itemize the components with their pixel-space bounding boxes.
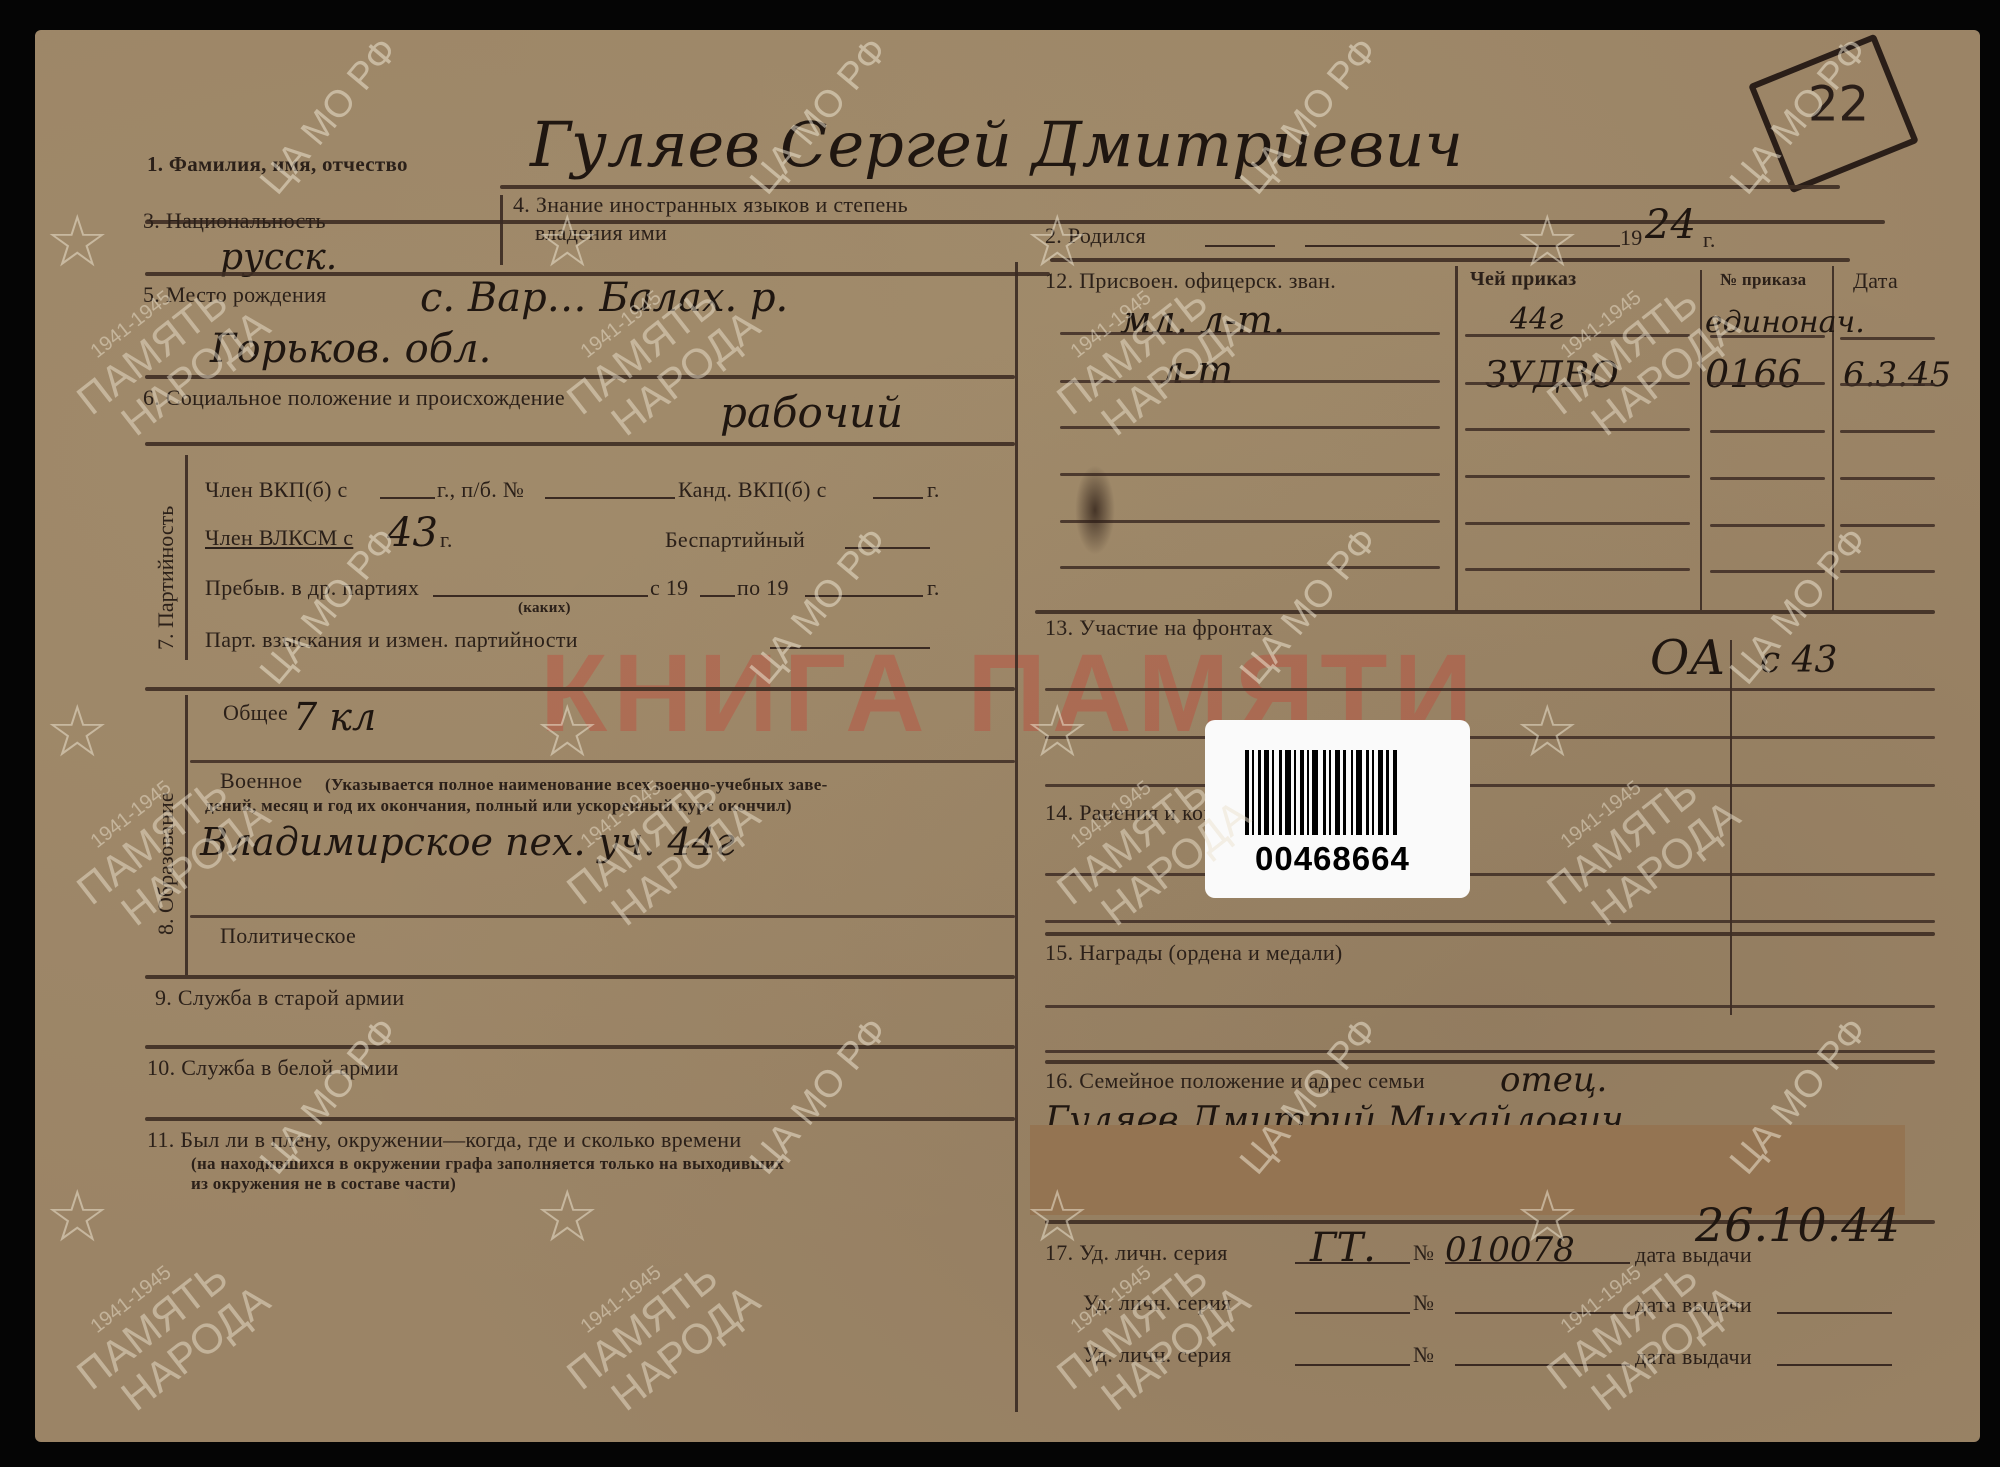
star-icon: ☆ xyxy=(1025,205,1090,277)
watermark-tsamo: ЦА МО РФ xyxy=(742,1010,897,1183)
field-7-row1-b: г., п/б. № xyxy=(437,477,524,503)
field-11-label: 11. Был ли в плену, окружении—когда, где… xyxy=(147,1127,741,1153)
table-col-divider xyxy=(1455,266,1458,611)
row-line xyxy=(1045,1050,1935,1053)
table-row-line xyxy=(1840,337,1935,340)
field-3-label: 3. Национальность xyxy=(143,208,326,234)
fill-line xyxy=(545,497,675,499)
field-15-label: 15. Награды (ордена и медали) xyxy=(1045,940,1343,966)
field-7-row2-b: г. xyxy=(440,527,453,553)
table-row-line xyxy=(1060,566,1440,569)
field-2-year-suffix: г. xyxy=(1703,227,1716,253)
section-7-border xyxy=(185,455,188,660)
table-cell-date: 6.3.45 xyxy=(1843,355,1951,395)
field-16-value-inline: отец. xyxy=(1500,1060,1607,1100)
center-divider xyxy=(1015,262,1018,1412)
row-line xyxy=(1045,1005,1935,1008)
star-icon: ☆ xyxy=(1515,1180,1580,1252)
table-row-line xyxy=(1710,524,1825,527)
field-13-label: 13. Участие на фронтах xyxy=(1045,615,1273,641)
field-6-value: рабочий xyxy=(720,388,903,437)
table-row-line xyxy=(1840,430,1935,433)
star-icon: ☆ xyxy=(535,1180,600,1252)
field-7-row2-c: Беспартийный xyxy=(665,527,805,553)
table-row-line xyxy=(1840,383,1935,386)
divider xyxy=(145,1117,1015,1121)
star-icon: ☆ xyxy=(535,695,600,767)
field-9-label: 9. Служба в старой армии xyxy=(155,985,404,1011)
field-8-general-label: Общее xyxy=(223,700,288,726)
field-13-value: ОА xyxy=(1650,630,1726,686)
table-row-line xyxy=(1840,477,1935,480)
fill-line xyxy=(433,595,648,597)
field-17-row2-no-label: № xyxy=(1413,1290,1434,1316)
table-row-line xyxy=(1465,522,1690,525)
table-row-line xyxy=(1060,473,1440,476)
table-row-line xyxy=(1840,524,1935,527)
field-8-military-hint-line1: (Указывается полное наименование всех во… xyxy=(325,775,828,795)
star-icon: ☆ xyxy=(1515,205,1580,277)
star-icon: ☆ xyxy=(45,1180,110,1252)
table-row-line xyxy=(1710,382,1825,385)
field-8-political-label: Политическое xyxy=(220,923,356,949)
table-row-line xyxy=(1710,430,1825,433)
barcode-number: 00468664 xyxy=(1255,840,1410,878)
fill-line xyxy=(1295,1364,1410,1366)
table-row-line xyxy=(1710,477,1825,480)
field-7-row2-a: Член ВЛКСМ с xyxy=(205,525,353,551)
divider xyxy=(1045,932,1935,936)
field-7-row3-c: по 19 xyxy=(737,575,789,601)
fill-line xyxy=(380,497,435,499)
field-2-year-prefix: 19 xyxy=(1620,225,1643,251)
fill-line xyxy=(1777,1312,1892,1314)
field-12-col4: Дата xyxy=(1853,268,1898,294)
field-11-hint-line2: из окружения не в составе части) xyxy=(191,1174,456,1194)
fill-line xyxy=(1445,1262,1630,1264)
star-icon: ☆ xyxy=(535,205,600,277)
divider xyxy=(145,220,1885,224)
field-7-row3-b: с 19 xyxy=(650,575,688,601)
field-7-row4: Парт. взыскания и измен. партийности xyxy=(205,627,578,653)
ink-smudge xyxy=(1075,465,1115,555)
field-17-row1-date: 26.10.44 xyxy=(1695,1198,1900,1252)
table-row-line xyxy=(1465,475,1690,478)
fill-line xyxy=(1295,1312,1410,1314)
star-icon: ☆ xyxy=(45,695,110,767)
star-icon: ☆ xyxy=(1025,695,1090,767)
fill-line xyxy=(1295,1262,1410,1264)
divider xyxy=(190,760,1015,763)
field-12-col3: № приказа xyxy=(1720,270,1806,290)
star-icon: ☆ xyxy=(1025,1180,1090,1252)
field-7-row1-a: Член ВКП(б) с xyxy=(205,477,348,503)
fill-line xyxy=(1777,1364,1892,1366)
field-7-row3-d: г. xyxy=(927,575,940,601)
field-2-year-value: 24 xyxy=(1645,202,1696,248)
barcode xyxy=(1245,750,1430,835)
watermark-tsamo: ЦА МО РФ xyxy=(252,30,407,203)
field-1-underline xyxy=(500,185,1840,189)
divider xyxy=(145,975,1015,979)
divider-vertical xyxy=(500,195,503,265)
field-8-general-value: 7 кл xyxy=(293,695,376,739)
divider xyxy=(145,442,1015,446)
row-line xyxy=(1045,736,1935,739)
field-2-day-line xyxy=(1205,245,1275,247)
personnel-card: КНИГА ПАМЯТИ 22 1. Фамилия, имя, отчеств… xyxy=(35,30,1980,1442)
star-icon: ☆ xyxy=(1515,695,1580,767)
field-17-row3-no-label: № xyxy=(1413,1342,1434,1368)
field-16-label: 16. Семейное положение и адрес семьи xyxy=(1045,1068,1425,1094)
divider xyxy=(1050,258,1850,262)
field-7-row3-hint: (каких) xyxy=(518,600,571,617)
row-line xyxy=(1045,920,1935,923)
field-17-row1-no-label: № xyxy=(1413,1240,1434,1266)
field-7-row1-c: Канд. ВКП(б) с xyxy=(678,477,827,503)
section-7-title: 7. Партийность xyxy=(153,506,179,650)
field-17-row1-series: ГТ. xyxy=(1310,1225,1376,1271)
fill-line xyxy=(700,595,735,597)
field-7-row1-d: г. xyxy=(927,477,940,503)
table-cell-order-by: 44г xyxy=(1510,302,1563,337)
barcode-sticker: 00468664 xyxy=(1205,720,1470,898)
table-row-line xyxy=(1465,568,1690,571)
row-line xyxy=(1045,688,1935,691)
fill-line xyxy=(873,497,923,499)
star-icon: ☆ xyxy=(45,205,110,277)
table-row-line xyxy=(1060,520,1440,523)
